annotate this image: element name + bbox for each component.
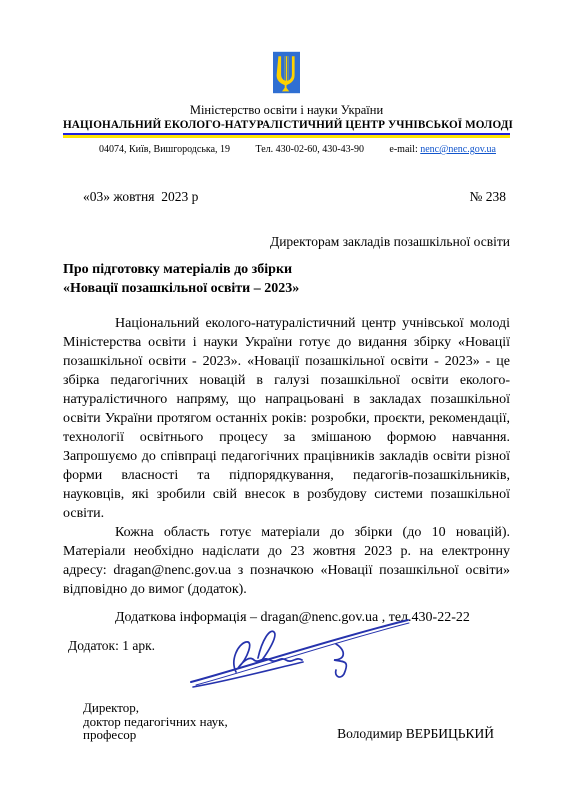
organization-name: НАЦІОНАЛЬНИЙ ЕКОЛОГО-НАТУРАЛІСТИЧНИЙ ЦЕН… xyxy=(63,118,510,132)
reference-line: «03» жовтня 2023 р № 238 xyxy=(63,189,510,205)
email-label: e-mail: xyxy=(389,144,417,155)
additional-info-line: Додаткова інформація – dragan@nenc.gov.u… xyxy=(63,608,510,627)
postal-address: 04074, Київ, Вишгородська, 19 xyxy=(99,144,230,156)
phone-numbers: Тел. 430-02-60, 430-43-90 xyxy=(255,144,363,156)
email-group: e-mail: nenc@nenc.gov.ua xyxy=(389,144,496,156)
body-paragraph-2: Кожна область готує матеріали до збірки … xyxy=(63,523,510,599)
ukraine-trident-icon xyxy=(273,50,300,95)
subject-heading: Про підготовку матеріалів до збірки «Нов… xyxy=(63,260,510,298)
signer-titles: Директор, доктор педагогічних наук, проф… xyxy=(63,701,228,742)
signature-block: Директор, доктор педагогічних наук, проф… xyxy=(63,701,510,742)
letter-number: № 238 xyxy=(469,189,506,205)
header-rule-yellow xyxy=(63,135,510,138)
ministry-name: Міністерство освіти і науки України xyxy=(63,103,510,118)
subject-line-1: Про підготовку матеріалів до збірки xyxy=(63,260,510,279)
attachment-note: Додаток: 1 арк. xyxy=(63,638,510,654)
contact-row: 04074, Київ, Вишгородська, 19 Тел. 430-0… xyxy=(63,144,510,156)
email-link[interactable]: nenc@nenc.gov.ua xyxy=(420,144,496,155)
letter-date: «03» жовтня 2023 р xyxy=(83,189,198,205)
signer-name: Володимир ВЕРБИЦЬКИЙ xyxy=(337,726,510,742)
subject-line-2: «Новації позашкільної освіти – 2023» xyxy=(63,279,510,298)
addressee: Директорам закладів позашкільної освіти xyxy=(63,234,510,250)
letterhead: Міністерство освіти і науки України НАЦІ… xyxy=(63,0,510,132)
signer-title-2: доктор педагогічних наук, xyxy=(83,715,228,729)
signer-title-3: професор xyxy=(83,728,228,742)
signer-title-1: Директор, xyxy=(83,701,228,715)
letter-document: Міністерство освіти і науки України НАЦІ… xyxy=(0,0,565,800)
body-paragraph-1: Національний еколого-натуралістичний цен… xyxy=(63,314,510,523)
